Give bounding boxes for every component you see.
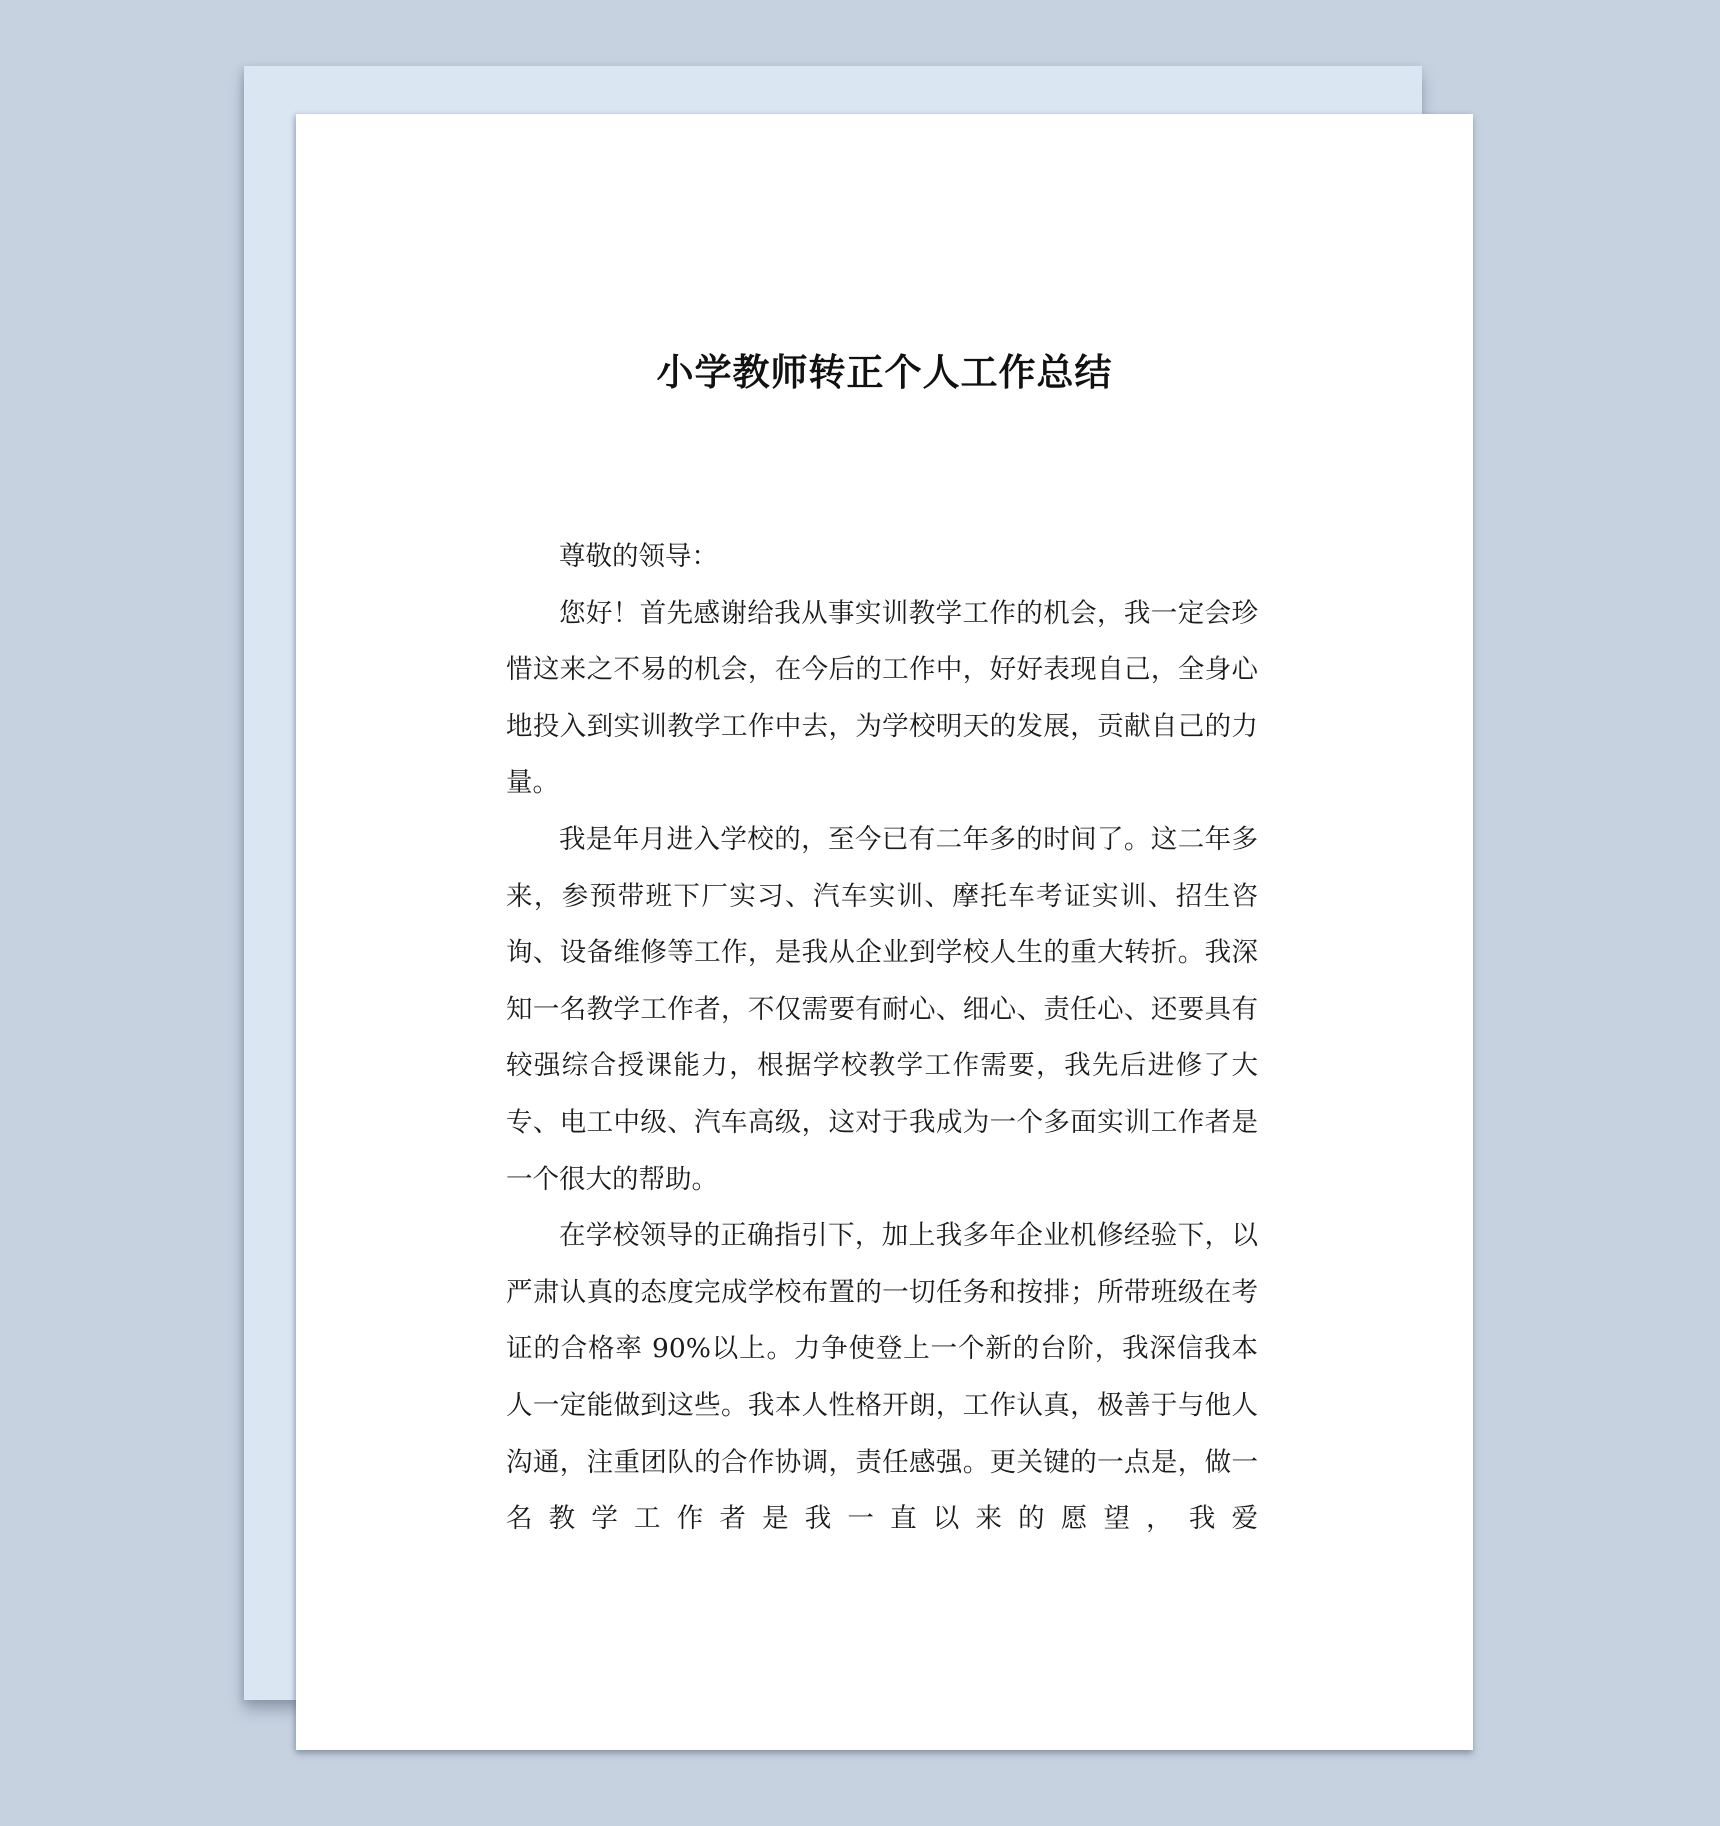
paragraph-experience: 我是年月进入学校的，至今已有二年多的时间了。这二年多来，参预带班下厂实习、汽车实…: [506, 812, 1258, 1208]
paragraph-greeting: 您好！首先感谢给我从事实训教学工作的机会，我一定会珍惜这来之不易的机会，在今后的…: [506, 586, 1258, 812]
document-body: 尊敬的领导： 您好！首先感谢给我从事实训教学工作的机会，我一定会珍惜这来之不易的…: [506, 529, 1258, 1548]
paragraph-performance: 在学校领导的正确指引下，加上我多年企业机修经验下，以严肃认真的态度完成学校布置的…: [506, 1208, 1258, 1548]
document-title: 小学教师转正个人工作总结: [296, 342, 1473, 396]
document-page: 小学教师转正个人工作总结 尊敬的领导： 您好！首先感谢给我从事实训教学工作的机会…: [296, 114, 1473, 1750]
salutation: 尊敬的领导：: [506, 529, 1258, 586]
